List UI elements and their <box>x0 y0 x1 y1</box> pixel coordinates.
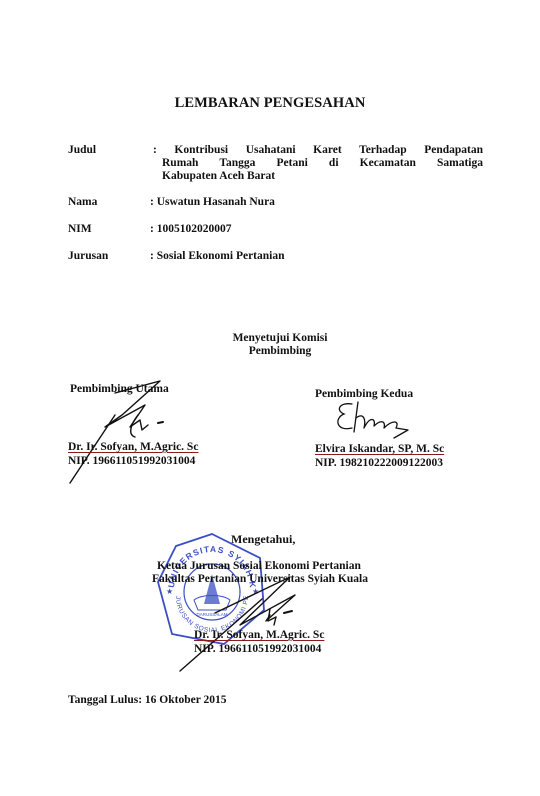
judul-line-3: Kabupaten Aceh Barat <box>153 170 483 183</box>
field-value-jurusan: : Sosial Ekonomi Pertanian <box>150 250 285 262</box>
judul-line-1: : Kontribusi Usahatani Karet Terhadap Pe… <box>153 144 483 157</box>
supervisor1-signature <box>60 375 190 485</box>
field-label-judul: Judul <box>68 144 96 156</box>
supervisor2-name: Elvira Iskandar, SP, M. Sc <box>315 443 444 455</box>
acknowledgement-signature <box>170 565 330 675</box>
field-label-nama: Nama <box>68 196 97 208</box>
approval-heading-line1: Menyetujui Komisi <box>180 332 380 344</box>
supervisor1-nip: NIP. 196611051992031004 <box>68 455 195 467</box>
approval-heading-line2: Pembimbing <box>180 345 380 357</box>
judul-line-2: Rumah Tangga Petani di Kecamatan Samatig… <box>153 157 483 170</box>
supervisor1-name: Dr. Ir. Sofyan, M.Agric. Sc <box>68 441 198 453</box>
supervisor2-signature <box>330 398 430 443</box>
field-value-judul: : Kontribusi Usahatani Karet Terhadap Pe… <box>153 144 483 183</box>
field-value-nama: : Uswatun Hasanah Nura <box>150 196 275 208</box>
page-title: LEMBARAN PENGESAHAN <box>0 95 540 112</box>
field-label-jurusan: Jurusan <box>68 250 108 262</box>
field-label-nim: NIM <box>68 223 92 235</box>
acknowledgement-name: Dr. Ir. Sofyan, M.Agric. Sc <box>194 629 324 641</box>
field-value-nim: : 1005102020007 <box>150 223 231 235</box>
supervisor2-nip: NIP. 198210222009122003 <box>315 457 443 469</box>
graduation-date: Tanggal Lulus: 16 Oktober 2015 <box>68 694 226 706</box>
acknowledgement-nip: NIP. 196611051992031004 <box>194 643 321 655</box>
acknowledgement-heading: Mengetahui, <box>231 532 295 547</box>
